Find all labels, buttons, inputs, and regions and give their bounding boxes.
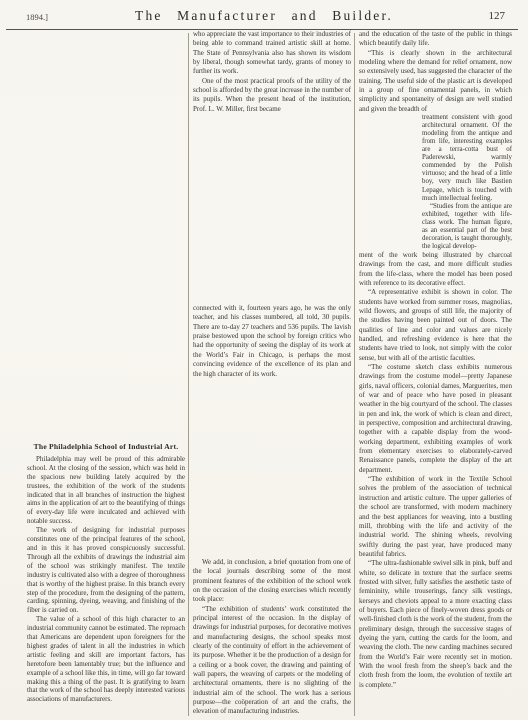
paragraph: connected with it, fourteen years ago, h… [193, 304, 351, 379]
paragraph: We add, in conclusion, a brief quotation… [193, 558, 351, 605]
paragraph: who appreciate the vast importance to th… [193, 30, 351, 77]
middle-column-blank-space [193, 379, 351, 558]
paragraph: “This is clearly shown in the architectu… [359, 49, 512, 114]
left-column-blank-space [27, 30, 185, 443]
paragraph: The value of a school of this high chara… [27, 615, 185, 704]
article-heading: The Philadelphia School of Industrial Ar… [27, 443, 185, 452]
wrapped-text-column: treatment consistent with good architect… [422, 114, 512, 251]
paragraph: ment of the work being illustrated by ch… [359, 251, 512, 288]
page-number: 127 [489, 10, 506, 22]
paragraph: One of the most practical proofs of the … [193, 77, 351, 114]
page-title: The Manufacturer and Builder. [0, 8, 528, 24]
paragraph: “The exhibition of work in the Textile S… [359, 475, 512, 559]
column-rule-left [188, 33, 189, 716]
magazine-page-scan: 1894.] The Manufacturer and Builder. 127… [0, 0, 528, 720]
figure-wrap-row: treatment consistent with good architect… [359, 114, 512, 251]
paragraph: Philadelphia may well be proud of this a… [27, 455, 185, 526]
paragraph: “The exhibition of students’ work consti… [193, 605, 351, 717]
left-column: The Philadelphia School of Industrial Ar… [27, 30, 185, 704]
paragraph: “A representative exhibit is shown in co… [359, 288, 512, 363]
middle-column: who appreciate the vast importance to th… [193, 30, 351, 717]
figure-placeholder [359, 114, 422, 251]
paragraph: and the education of the taste of the pu… [359, 30, 512, 49]
right-column: and the education of the taste of the pu… [359, 30, 512, 690]
paragraph: treatment consistent with good architect… [422, 114, 512, 203]
column-rule-right [354, 33, 355, 716]
paragraph: The work of designing for industrial pur… [27, 526, 185, 615]
paragraph: “Studies from the antique are exhibited,… [422, 203, 512, 251]
paragraph: “The ultra-fashionable swivel silk in pi… [359, 559, 512, 690]
middle-column-blank-space [193, 114, 351, 304]
paragraph: “The costume sketch class exhibits numer… [359, 363, 512, 475]
